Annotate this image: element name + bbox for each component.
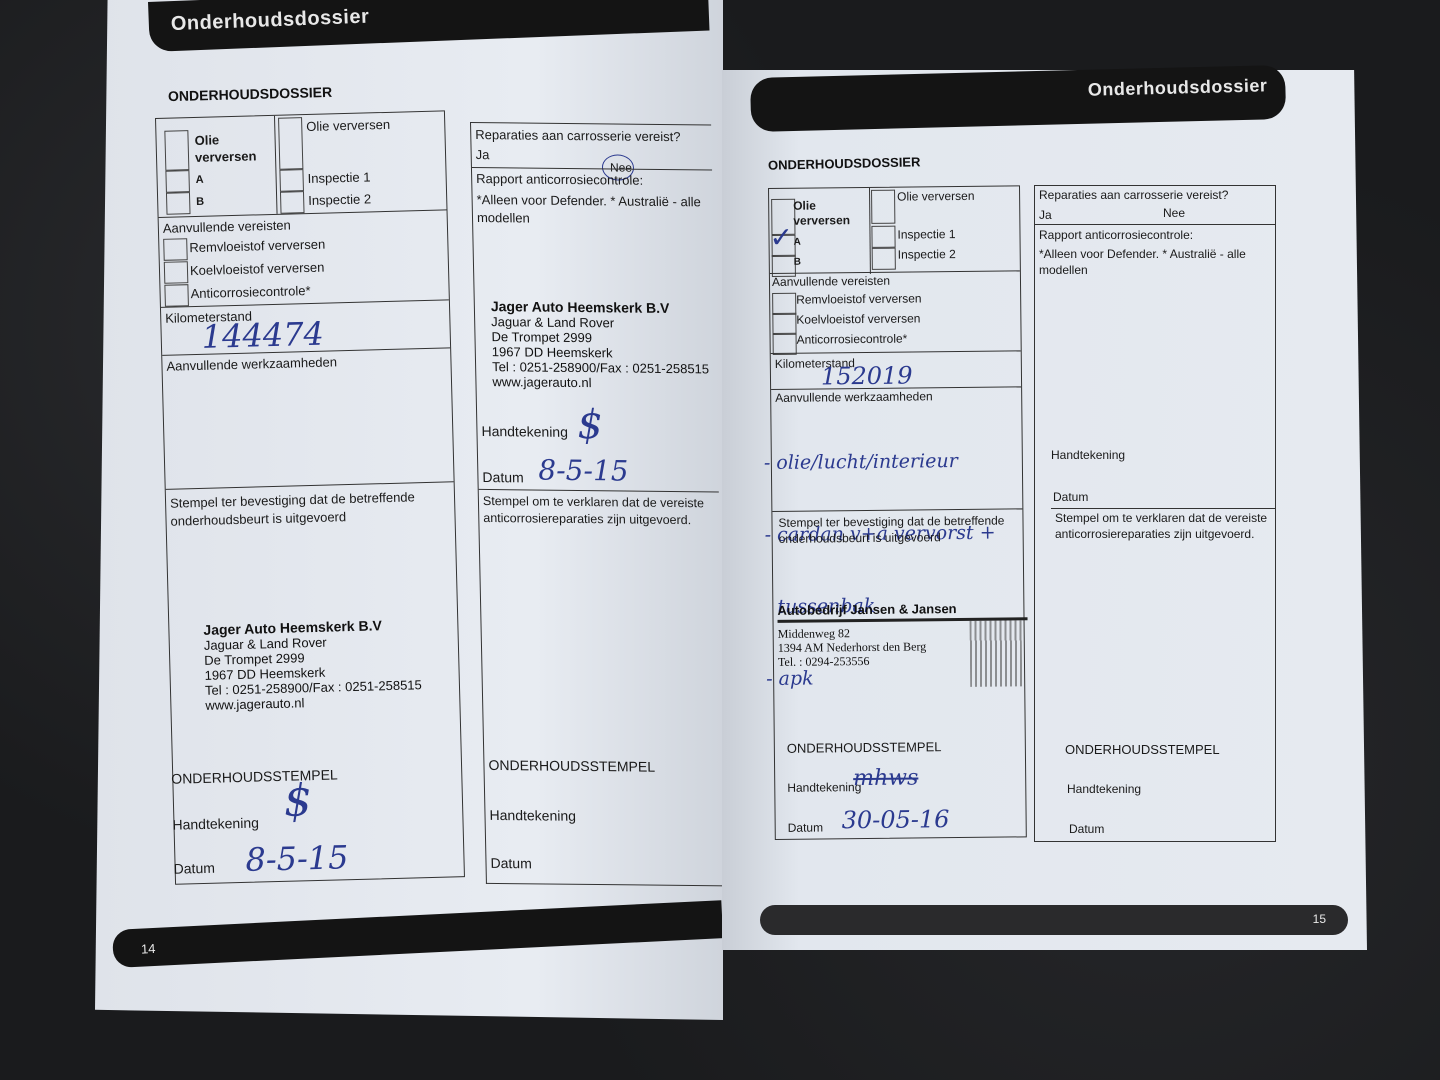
signature-label: Handtekening bbox=[172, 815, 259, 833]
anticorrosion-checkbox[interactable] bbox=[164, 284, 189, 307]
anticorrosion-label: Anticorrosiecontrole* bbox=[190, 283, 310, 301]
oil-group-label: Olie verversen bbox=[793, 198, 863, 229]
stamp-website: www.jagerauto.nl bbox=[492, 374, 709, 391]
signature-label: Handtekening bbox=[481, 423, 568, 440]
oil-change-label: Olie verversen bbox=[897, 189, 975, 204]
brake-fluid-label: Remvloeistof verversen bbox=[189, 237, 325, 256]
corrosion-date-value[interactable]: 8-5-15 bbox=[538, 454, 629, 488]
corrosion-report-label: Rapport anticorrosiecontrole: bbox=[476, 171, 643, 188]
body-repairs-yes[interactable]: Ja bbox=[1039, 208, 1052, 222]
inspection-2-checkbox[interactable] bbox=[872, 248, 896, 270]
service-form-left: Olie verversen A B Olie verversen Inspec… bbox=[155, 110, 465, 884]
dealer-stamp-right: Autobedrijf Jansen & Jansen Middenweg 82… bbox=[777, 600, 1028, 669]
corrosion-form-left: Reparaties aan carrosserie vereist? Ja N… bbox=[470, 122, 727, 886]
stamp-service-label: Stempel ter bevestiging dat de betreffen… bbox=[778, 512, 1018, 547]
oil-change-checkbox[interactable] bbox=[278, 117, 303, 170]
body-repairs-label: Reparaties aan carrosserie vereist? bbox=[1039, 188, 1228, 202]
inspection-1-label: Inspectie 1 bbox=[897, 227, 955, 242]
header-title-right: Onderhoudsdossier bbox=[1088, 75, 1268, 100]
service-stamp-label: ONDERHOUDSSTEMPEL bbox=[488, 757, 655, 775]
date-label: Datum bbox=[173, 860, 215, 877]
signature-scribble: $ bbox=[577, 402, 603, 448]
stamp-barcode-pattern bbox=[970, 620, 1023, 687]
corrosion-note: *Alleen voor Defender. * Australië - all… bbox=[476, 191, 707, 229]
service-date-value[interactable]: 8-5-15 bbox=[245, 838, 349, 879]
service-stamp-label: ONDERHOUDSSTEMPEL bbox=[1065, 742, 1220, 757]
odometer-value[interactable]: 152019 bbox=[821, 361, 913, 390]
service-stamp-label: ONDERHOUDSSTEMPEL bbox=[171, 766, 338, 786]
inspection-2-label: Inspectie 2 bbox=[898, 247, 956, 262]
coolant-checkbox[interactable] bbox=[772, 313, 796, 335]
signature-label: Handtekening bbox=[489, 807, 576, 824]
signature-label: Handtekening bbox=[787, 780, 861, 795]
brake-fluid-label: Remvloeistof verversen bbox=[796, 291, 922, 306]
page-number-right: 15 bbox=[1313, 912, 1326, 926]
brake-fluid-checkbox[interactable] bbox=[163, 238, 188, 261]
anticorrosion-checkbox[interactable] bbox=[773, 333, 797, 355]
corrosion-note: *Alleen voor Defender. * Australië - all… bbox=[1039, 246, 1259, 278]
inspection-1-checkbox[interactable] bbox=[279, 169, 304, 192]
signature-scribble: mhws bbox=[853, 765, 918, 791]
corrosion-form-right: Reparaties aan carrosserie vereist? Ja N… bbox=[1034, 185, 1276, 842]
coolant-label: Koelvloeistof verversen bbox=[796, 311, 920, 326]
additional-work-list: - olie/lucht/interieur - cardan v+a verv… bbox=[763, 401, 997, 739]
header-title-left: Onderhoudsdossier bbox=[170, 6, 369, 37]
oil-a-label: A bbox=[794, 237, 801, 248]
oil-a-checkbox[interactable] bbox=[165, 170, 190, 193]
additional-requirements-label: Aanvullende vereisten bbox=[163, 217, 291, 235]
body-repairs-label: Reparaties aan carrosserie vereist? bbox=[475, 127, 681, 144]
oil-a-label: A bbox=[195, 174, 203, 186]
oil-group-label: Olie verversen bbox=[194, 130, 275, 166]
inspection-1-checkbox[interactable] bbox=[871, 226, 895, 248]
inspection-2-checkbox[interactable] bbox=[280, 191, 305, 214]
odometer-value[interactable]: 144474 bbox=[201, 315, 324, 356]
checkmark-icon: ✓ bbox=[769, 221, 793, 254]
date-label: Datum bbox=[1053, 490, 1088, 504]
footer-band-right: 15 bbox=[760, 905, 1348, 935]
body-repairs-no[interactable]: Nee bbox=[1163, 206, 1185, 220]
service-date-value[interactable]: 30-05-16 bbox=[841, 805, 949, 834]
page-number-left: 14 bbox=[141, 941, 156, 957]
inspection-1-label: Inspectie 1 bbox=[307, 169, 370, 186]
anticorrosion-label: Anticorrosiecontrole* bbox=[797, 332, 908, 347]
additional-work-label: Aanvullende werkzaamheden bbox=[166, 354, 337, 373]
dealer-stamp-left: Jager Auto Heemskerk B.V Jaguar & Land R… bbox=[203, 617, 422, 713]
stamp-service-label: Stempel ter bevestiging dat de betreffen… bbox=[170, 488, 441, 531]
oil-group-checkbox[interactable] bbox=[164, 130, 189, 171]
inspection-2-label: Inspectie 2 bbox=[308, 191, 371, 208]
oil-b-label: B bbox=[794, 257, 801, 268]
date-label: Datum bbox=[490, 855, 532, 871]
signature-label: Handtekening bbox=[1067, 782, 1141, 796]
stamp-corrosion-label: Stempel om te verklaren dat de vereiste … bbox=[483, 493, 714, 529]
service-form-right: Olie verversen ✓ A B Olie verversen Insp… bbox=[768, 185, 1027, 840]
oil-b-checkbox[interactable] bbox=[166, 192, 191, 215]
stamp-corrosion-label: Stempel om te verklaren dat de vereiste … bbox=[1055, 510, 1270, 542]
service-stamp-label: ONDERHOUDSSTEMPEL bbox=[787, 739, 942, 756]
oil-change-checkbox[interactable] bbox=[871, 190, 895, 224]
body-repairs-yes[interactable]: Ja bbox=[476, 147, 490, 162]
work-item: - olie/lucht/interieur bbox=[764, 449, 995, 475]
date-label: Datum bbox=[1069, 822, 1104, 836]
brake-fluid-checkbox[interactable] bbox=[772, 293, 796, 315]
oil-change-label: Olie verversen bbox=[306, 117, 390, 134]
oil-b-label: B bbox=[196, 196, 204, 208]
stamp-dealer-name: Autobedrijf Jansen & Jansen bbox=[777, 600, 1027, 623]
corrosion-report-label: Rapport anticorrosiecontrole: bbox=[1039, 228, 1193, 242]
coolant-checkbox[interactable] bbox=[164, 261, 189, 284]
signature-label: Handtekening bbox=[1051, 448, 1125, 462]
date-label: Datum bbox=[482, 469, 524, 485]
coolant-label: Koelvloeistof verversen bbox=[190, 260, 325, 279]
additional-requirements-label: Aanvullende vereisten bbox=[772, 274, 890, 289]
date-label: Datum bbox=[788, 820, 823, 834]
signature-scribble: $ bbox=[283, 775, 312, 827]
dealer-stamp-corrosion: Jager Auto Heemskerk B.V Jaguar & Land R… bbox=[491, 299, 710, 391]
